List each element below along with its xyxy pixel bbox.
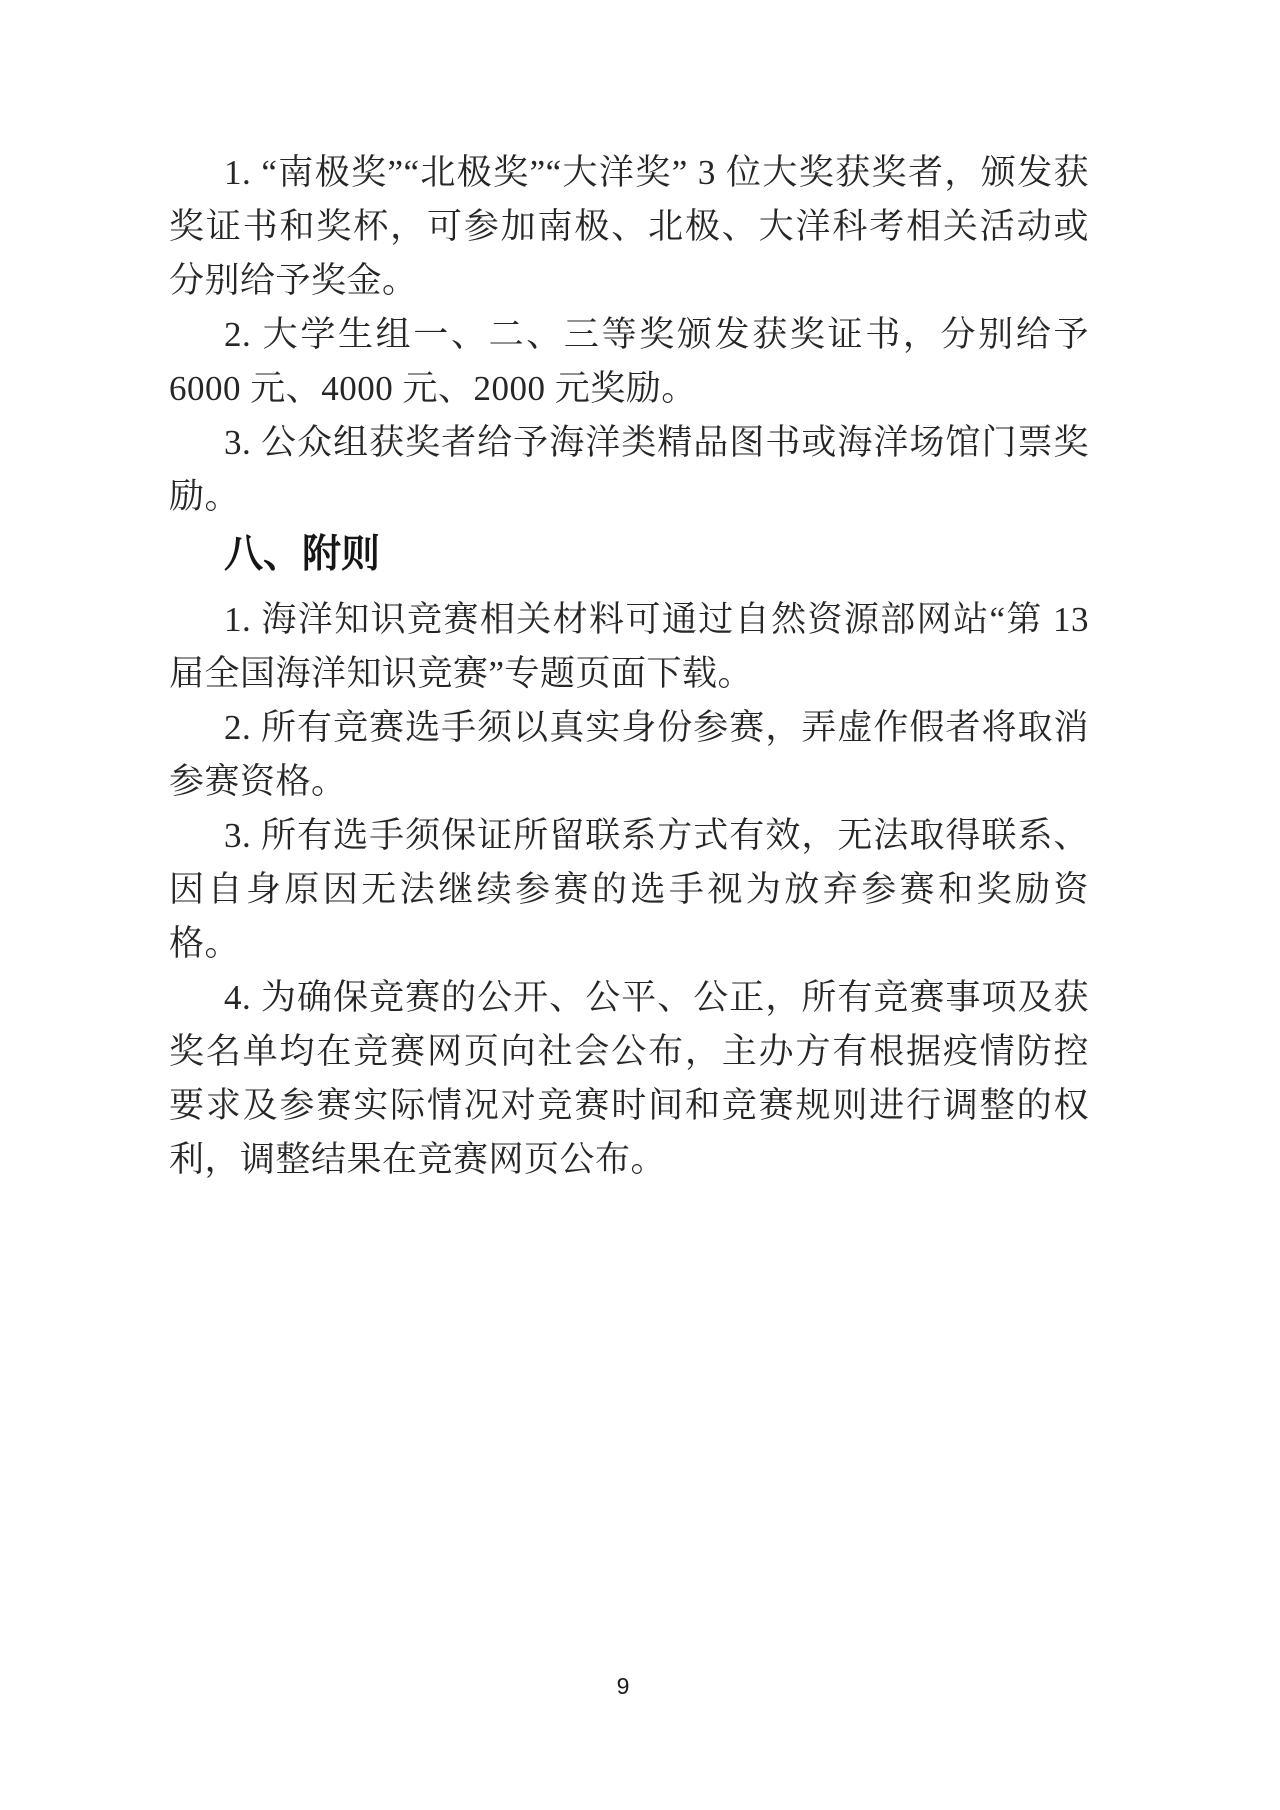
page-number: 9 xyxy=(0,1672,1246,1700)
section-heading: 八、附则 xyxy=(169,528,1089,582)
document-page: 1. “南极奖”“北极奖”“大洋奖” 3 位大奖获奖者，颁发获奖证书和奖杯，可参… xyxy=(0,0,1280,1810)
paragraph-rule-identity: 2. 所有竞赛选手须以真实身份参赛，弄虚作假者将取消参赛资格。 xyxy=(169,701,1089,809)
document-body: 1. “南极奖”“北极奖”“大洋奖” 3 位大奖获奖者，颁发获奖证书和奖杯，可参… xyxy=(169,146,1089,1187)
paragraph-award-grand: 1. “南极奖”“北极奖”“大洋奖” 3 位大奖获奖者，颁发获奖证书和奖杯，可参… xyxy=(169,146,1089,308)
paragraph-rule-contact: 3. 所有选手须保证所留联系方式有效，无法取得联系、因自身原因无法继续参赛的选手… xyxy=(169,809,1089,971)
paragraph-award-college: 2. 大学生组一、二、三等奖颁发获奖证书，分别给予 6000 元、4000 元、… xyxy=(169,308,1089,416)
paragraph-rule-materials: 1. 海洋知识竞赛相关材料可通过自然资源部网站“第 13 届全国海洋知识竞赛”专… xyxy=(169,593,1089,701)
paragraph-rule-fairness: 4. 为确保竞赛的公开、公平、公正，所有竞赛事项及获奖名单均在竞赛网页向社会公布… xyxy=(169,971,1089,1187)
paragraph-award-public: 3. 公众组获奖者给予海洋类精品图书或海洋场馆门票奖励。 xyxy=(169,416,1089,524)
